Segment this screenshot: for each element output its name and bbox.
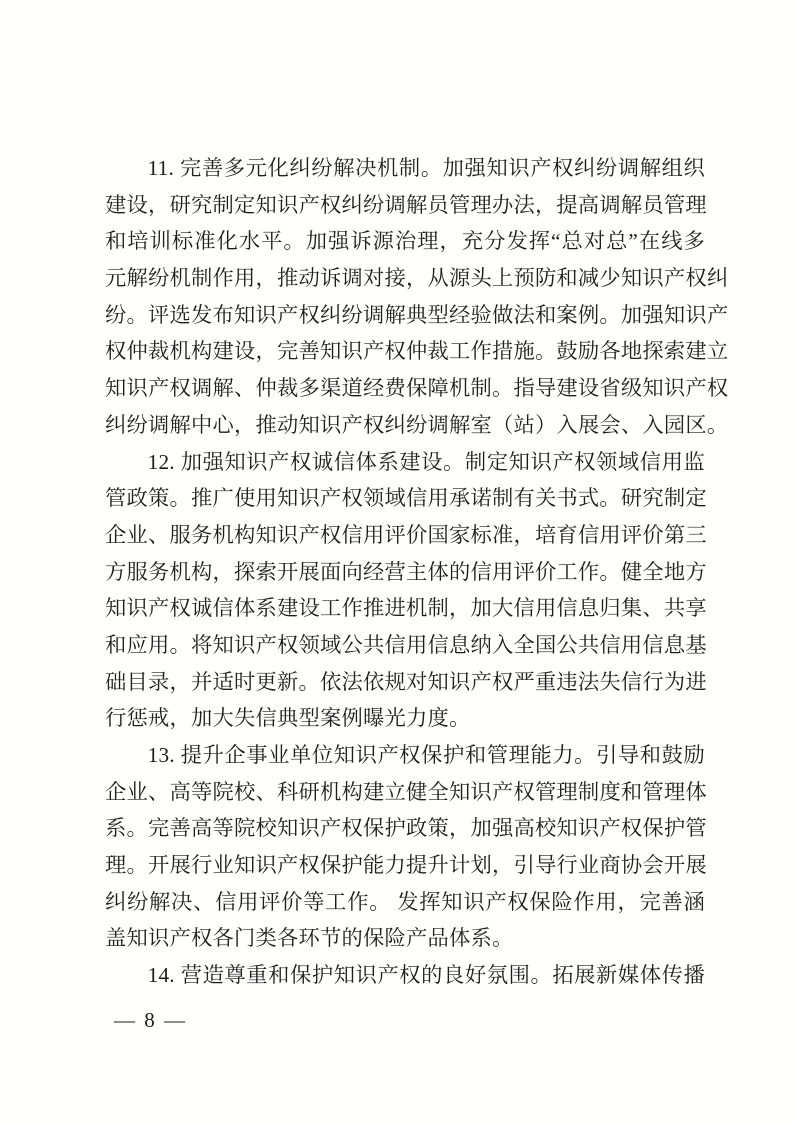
paragraph-12: 12. 加强知识产权诚信体系建设。制定知识产权领域信用监 管政策。推广使用知识产… [105, 444, 705, 738]
text-line: 理。开展行业知识产权保护能力提升计划，引导行业商协会开展 [105, 847, 705, 884]
text-line: 方服务机构，探索开展面向经营主体的信用评价工作。健全地方 [105, 554, 705, 591]
text-line: 建设，研究制定知识产权纠纷调解员管理办法，提高调解员管理 [105, 187, 705, 224]
text-line: 13. 提升企事业单位知识产权保护和管理能力。引导和鼓励 [105, 737, 705, 774]
text-line: 础目录，并适时更新。依法依规对知识产权严重违法失信行为进 [105, 664, 705, 701]
document-body: 11. 完善多元化纠纷解决机制。加强知识产权纠纷调解组织 建设，研究制定知识产权… [105, 150, 705, 994]
paragraph-13: 13. 提升企事业单位知识产权保护和管理能力。引导和鼓励 企业、高等院校、科研机… [105, 737, 705, 957]
text-line: 行惩戒，加大失信典型案例曝光力度。 [105, 700, 705, 737]
text-line: 11. 完善多元化纠纷解决机制。加强知识产权纠纷调解组织 [105, 150, 705, 187]
text-line: 知识产权诚信体系建设工作推进机制，加大信用信息归集、共享 [105, 590, 705, 627]
text-line: 元解纷机制作用，推动诉调对接，从源头上预防和减少知识产权纠 [105, 260, 705, 297]
paragraph-11: 11. 完善多元化纠纷解决机制。加强知识产权纠纷调解组织 建设，研究制定知识产权… [105, 150, 705, 444]
text-line: 知识产权调解、仲裁多渠道经费保障机制。指导建设省级知识产权 [105, 370, 705, 407]
text-line: 纷。评选发布知识产权纠纷调解典型经验做法和案例。加强知识产 [105, 297, 705, 334]
page-footer: — 8 — [114, 1005, 187, 1035]
paragraph-14: 14. 营造尊重和保护知识产权的良好氛围。拓展新媒体传播 [105, 957, 705, 994]
document-page: 11. 完善多元化纠纷解决机制。加强知识产权纠纷调解组织 建设，研究制定知识产权… [0, 0, 794, 1123]
text-line: 企业、服务机构知识产权信用评价国家标准，培育信用评价第三 [105, 517, 705, 554]
text-line: 14. 营造尊重和保护知识产权的良好氛围。拓展新媒体传播 [105, 957, 705, 994]
text-line: 纠纷调解中心，推动知识产权纠纷调解室（站）入展会、入园区。 [105, 407, 705, 444]
text-line: 和应用。将知识产权领域公共信用信息纳入全国公共信用信息基 [105, 627, 705, 664]
text-line: 12. 加强知识产权诚信体系建设。制定知识产权领域信用监 [105, 444, 705, 481]
text-line: 和培训标准化水平。加强诉源治理，充分发挥“总对总”在线多 [105, 223, 705, 260]
page-number: — 8 — [114, 1008, 187, 1032]
text-line: 企业、高等院校、科研机构建立健全知识产权管理制度和管理体 [105, 774, 705, 811]
text-line: 纠纷解决、信用评价等工作。 发挥知识产权保险作用，完善涵 [105, 884, 705, 921]
text-line: 管政策。推广使用知识产权领域信用承诺制有关书式。研究制定 [105, 480, 705, 517]
text-line: 权仲裁机构建设，完善知识产权仲裁工作措施。鼓励各地探索建立 [105, 333, 705, 370]
text-line: 盖知识产权各门类各环节的保险产品体系。 [105, 920, 705, 957]
text-line: 系。完善高等院校知识产权保护政策，加强高校知识产权保护管 [105, 810, 705, 847]
